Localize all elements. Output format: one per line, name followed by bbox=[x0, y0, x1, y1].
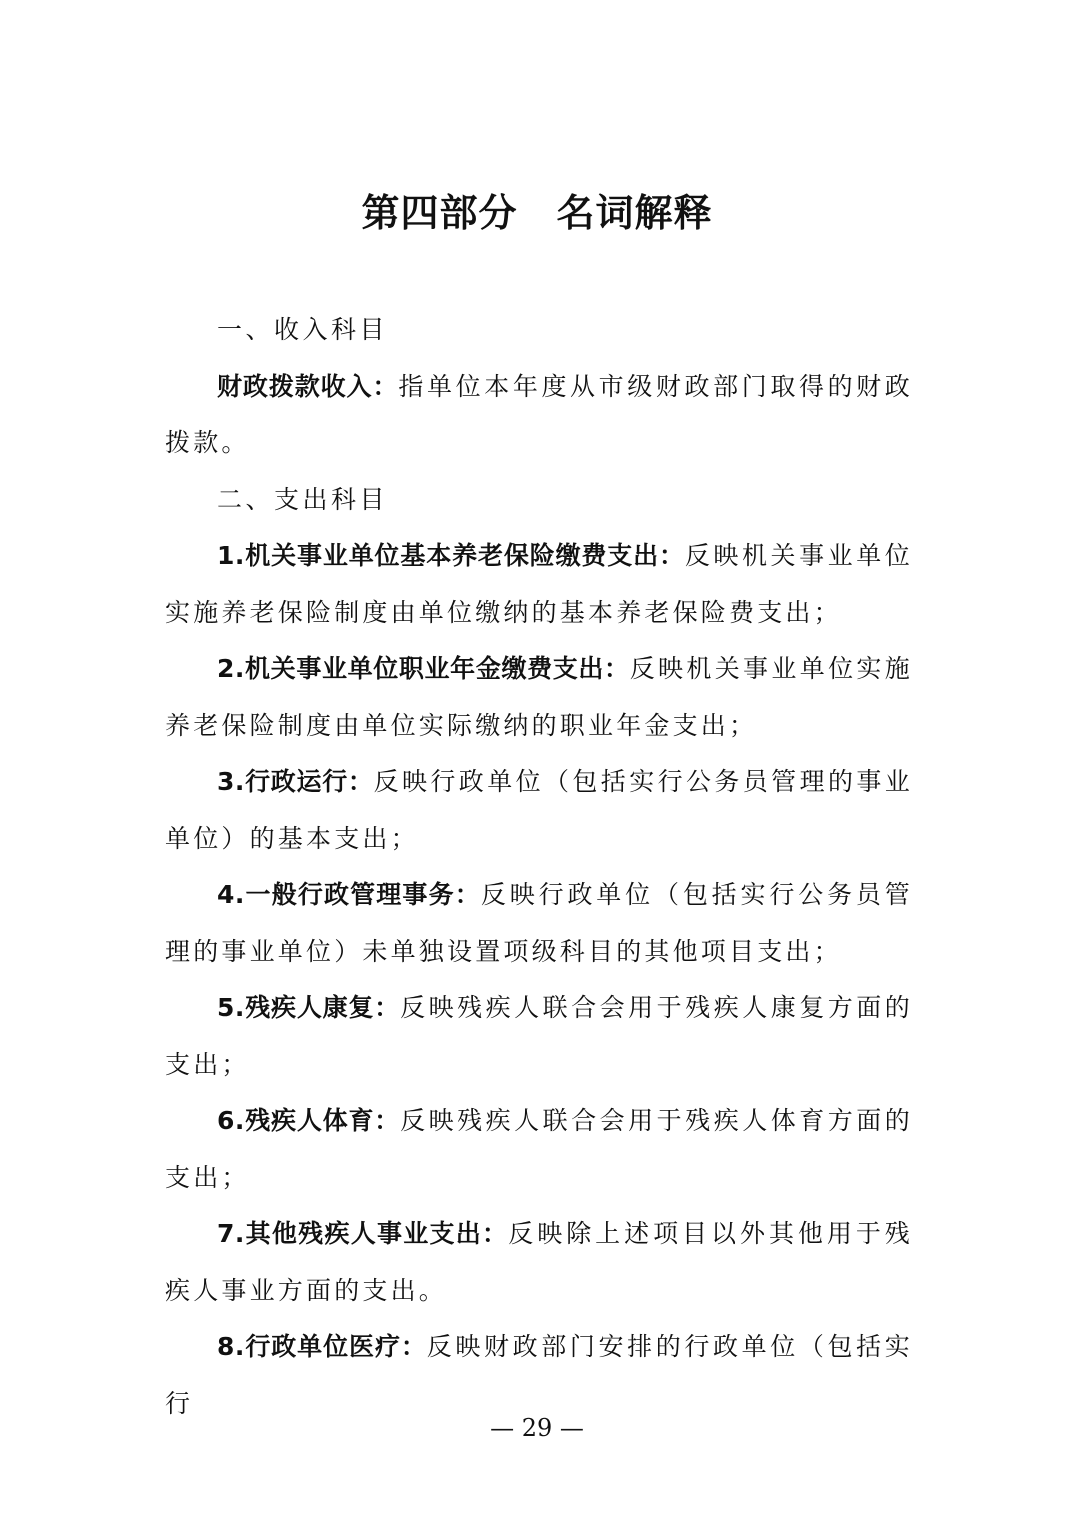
definition-term: 5.残疾人康复： bbox=[217, 993, 400, 1022]
definition-item: 5.残疾人康复：反映残疾人联合会用于残疾人康复方面的支出； bbox=[165, 980, 913, 1093]
definition-term: 3.行政运行： bbox=[217, 767, 374, 796]
definition-item: 7.其他残疾人事业支出：反映除上述项目以外其他用于残疾人事业方面的支出。 bbox=[165, 1206, 913, 1319]
section-heading-income: 一、收入科目 bbox=[165, 302, 913, 359]
definition-term: 8.行政单位医疗： bbox=[217, 1332, 427, 1361]
definition-item: 2.机关事业单位职业年金缴费支出：反映机关事业单位实施养老保险制度由单位实际缴纳… bbox=[165, 641, 913, 754]
definition-term: 4.一般行政管理事务： bbox=[217, 880, 481, 909]
section-heading-expenditure: 二、支出科目 bbox=[165, 472, 913, 529]
definition-term: 2.机关事业单位职业年金缴费支出： bbox=[217, 654, 630, 683]
definition-term: 6.残疾人体育： bbox=[217, 1106, 400, 1135]
definition-item: 1.机关事业单位基本养老保险缴费支出：反映机关事业单位实施养老保险制度由单位缴纳… bbox=[165, 528, 913, 641]
definition-item: 6.残疾人体育：反映残疾人联合会用于残疾人体育方面的支出； bbox=[165, 1093, 913, 1206]
page-number: — 29 — bbox=[0, 1410, 1074, 1446]
definition-item: 4.一般行政管理事务：反映行政单位（包括实行公务员管理的事业单位）未单独设置项级… bbox=[165, 867, 913, 980]
definition-term: 7.其他残疾人事业支出： bbox=[217, 1219, 508, 1248]
definition-term: 1.机关事业单位基本养老保险缴费支出： bbox=[217, 541, 685, 570]
definition-term: 财政拨款收入： bbox=[217, 372, 398, 401]
definition-item: 财政拨款收入：指单位本年度从市级财政部门取得的财政拨款。 bbox=[165, 359, 913, 472]
document-body: 一、收入科目 财政拨款收入：指单位本年度从市级财政部门取得的财政拨款。 二、支出… bbox=[165, 302, 913, 1432]
definition-item: 3.行政运行：反映行政单位（包括实行公务员管理的事业单位）的基本支出； bbox=[165, 754, 913, 867]
page-title: 第四部分 名词解释 bbox=[0, 188, 1074, 238]
